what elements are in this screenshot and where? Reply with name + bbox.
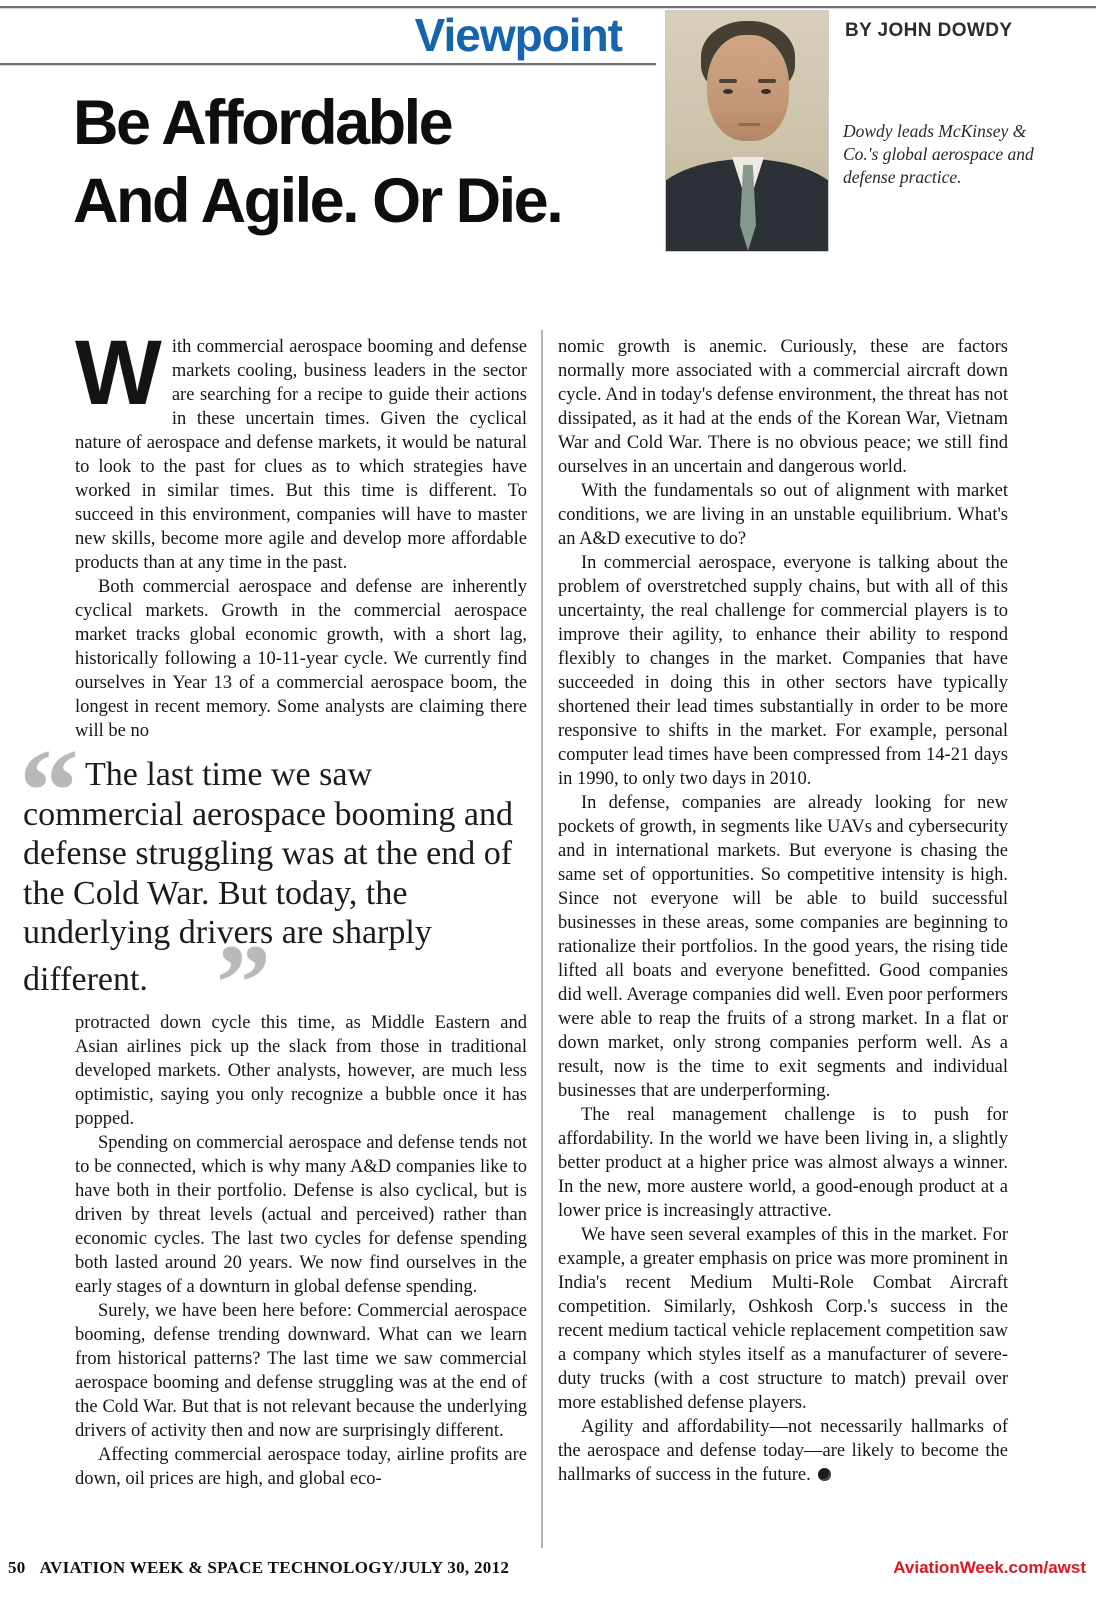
paragraph: nomic growth is anemic. Curiously, these… xyxy=(558,335,1008,479)
end-of-article-icon xyxy=(818,1468,831,1481)
photo-brow-right xyxy=(758,79,776,83)
section-label: Viewpoint xyxy=(0,8,622,62)
magazine-page: Viewpoint BY JOHN DOWDY Dowdy leads McKi… xyxy=(0,0,1096,1600)
footer-left: 50AVIATION WEEK & SPACE TECHNOLOGY/JULY … xyxy=(8,1558,509,1578)
byline: BY JOHN DOWDY xyxy=(845,20,1012,42)
pull-quote-text: The last time we saw commercial aerospac… xyxy=(23,755,529,999)
photo-caption: Dowdy leads McKinsey & Co.'s global aero… xyxy=(843,120,1058,189)
paragraph: Surely, we have been here before: Commer… xyxy=(75,1299,527,1443)
paragraph-text: Agility and affordability—not necessaril… xyxy=(558,1417,1008,1485)
photo-eye-right xyxy=(761,89,771,94)
photo-brow-left xyxy=(719,79,737,83)
paragraph: With the fundamentals so out of alignmen… xyxy=(558,479,1008,551)
page-number: 50 xyxy=(8,1558,26,1577)
paragraph: Spending on commercial aerospace and def… xyxy=(75,1131,527,1299)
column-divider xyxy=(541,330,543,1548)
paragraph: With commercial aerospace booming and de… xyxy=(75,335,527,575)
article-title: Be Affordable And Agile. Or Die. xyxy=(73,84,561,240)
magazine-name: AVIATION WEEK & SPACE TECHNOLOGY/JULY 30… xyxy=(40,1558,510,1577)
left-column: With commercial aerospace booming and de… xyxy=(75,335,527,1491)
title-line-2: And Agile. Or Die. xyxy=(73,166,561,236)
paragraph: Affecting commercial aerospace today, ai… xyxy=(75,1443,527,1491)
paragraph: In commercial aerospace, everyone is tal… xyxy=(558,551,1008,791)
title-line-1: Be Affordable xyxy=(73,88,451,158)
photo-mouth xyxy=(738,123,760,126)
pull-quote: “ The last time we saw commercial aerosp… xyxy=(23,755,529,999)
paragraph: The real management challenge is to push… xyxy=(558,1103,1008,1223)
paragraph: protracted down cycle this time, as Midd… xyxy=(75,1011,527,1131)
page-footer: 50AVIATION WEEK & SPACE TECHNOLOGY/JULY … xyxy=(0,1558,1096,1590)
paragraph: We have seen several examples of this in… xyxy=(558,1223,1008,1415)
photo-eye-left xyxy=(723,89,733,94)
right-column: nomic growth is anemic. Curiously, these… xyxy=(558,335,1008,1487)
website-link: AviationWeek.com/awst xyxy=(893,1558,1086,1578)
paragraph: Agility and affordability—not necessaril… xyxy=(558,1415,1008,1487)
drop-cap: W xyxy=(75,335,172,408)
paragraph: In defense, companies are already lookin… xyxy=(558,791,1008,1103)
paragraph: Both commercial aerospace and defense ar… xyxy=(75,575,527,743)
open-quote-icon: “ xyxy=(19,731,79,851)
author-photo xyxy=(665,10,829,252)
header-rule xyxy=(0,63,656,66)
